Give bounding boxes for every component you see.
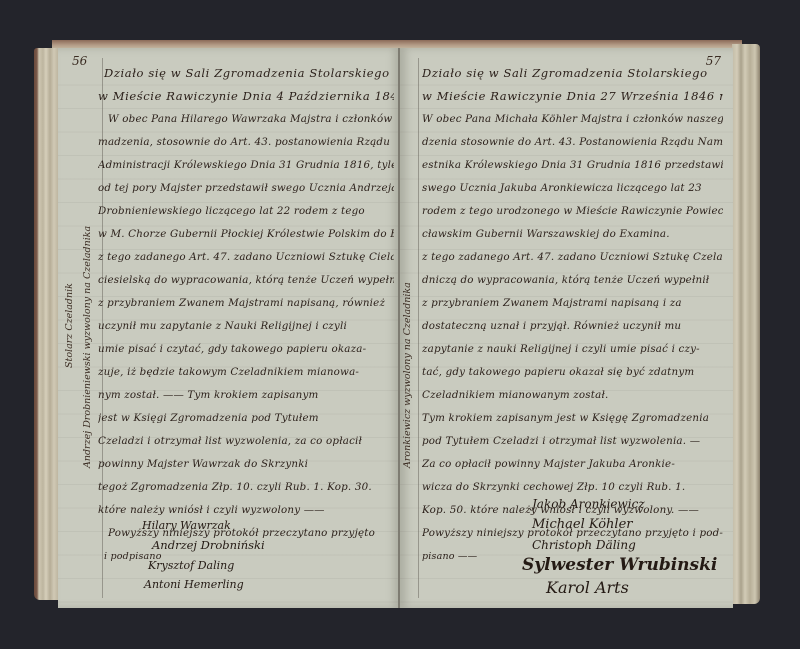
right-page-text: Działo się w Sali Zgromadzenia Stolarski… — [422, 62, 723, 568]
signature: Christoph Däling — [532, 539, 717, 551]
right-body-line: pod Tytułem Czeladzi i otrzymał list wyz… — [422, 430, 723, 453]
right-body-line: estnika Królewskiego Dnia 31 Grudnia 181… — [422, 154, 723, 177]
right-body-line: Tym krokiem zapisanym jest w Księgę Zgro… — [422, 407, 723, 430]
left-body-line: Czeladzi i otrzymał list wyzwolenia, za … — [98, 430, 394, 453]
signature: Karol Arts — [546, 580, 717, 596]
signature: Andrzej Drobniński — [152, 540, 265, 552]
left-page-block-edge — [34, 48, 60, 600]
right-signatures: Jakob Aronkiewicz Michael Köhler Christo… — [532, 498, 717, 596]
right-body-line: Za co opłacił powinny Majster Jakuba Aro… — [422, 453, 723, 476]
right-body-line: cławskim Gubernii Warszawskiej do Examin… — [422, 223, 723, 246]
left-margin-note: Andrzej Drobnieniewski wyzwolony na Czel… — [82, 226, 93, 468]
right-page-block-edge — [732, 44, 760, 604]
right-page: 57 Aronkiewicz wyzwolony na Czeladnika D… — [400, 48, 733, 608]
left-body-line: powinny Majster Wawrzak do Skrzynki — [98, 453, 394, 476]
left-body-line: madzenia, stosownie do Art. 43. postanow… — [98, 131, 394, 154]
left-page-text: Działo się w Sali Zgromadzenia Stolarski… — [98, 62, 394, 568]
right-body-line: z przybraniem Zwanem Majstrami napisaną … — [422, 292, 723, 315]
left-body-line: ciesielską do wypracowania, którą tenże … — [98, 269, 394, 292]
signature: Michael Köhler — [532, 518, 717, 531]
left-header-line: w Mieście Rawiczynie Dnia 4 Października… — [98, 85, 394, 108]
left-body-line: od tej pory Majster przedstawił swego Uc… — [98, 177, 394, 200]
signature: Hilary Wawrzak — [142, 520, 265, 531]
left-header-line: Działo się w Sali Zgromadzenia Stolarski… — [98, 62, 394, 85]
left-body-line: z tego zadanego Art. 47. zadano Uczniowi… — [98, 246, 394, 269]
right-body-line: swego Ucznia Jakuba Aronkiewicza liczące… — [422, 177, 723, 200]
left-body-line: Drobnieniewskiego liczącego lat 22 rodem… — [98, 200, 394, 223]
right-body-line: dzenia stosownie do Art. 43. Postanowien… — [422, 131, 723, 154]
right-body-line: W obec Pana Michała Köhler Majstra i czł… — [422, 108, 723, 131]
right-body-line: wicza do Skrzynki cechowej Złp. 10 czyli… — [422, 476, 723, 499]
left-body-line: w M. Chorze Gubernii Płockiej Królestwie… — [98, 223, 394, 246]
signature: Antoni Hemerling — [144, 579, 265, 590]
left-body-line: umie pisać i czytać, gdy takowego papier… — [98, 338, 394, 361]
left-body-line: W obec Pana Hilarego Wawrzaka Majstra i … — [98, 108, 394, 131]
right-body-line: dostateczną uznał i przyjął. Również ucz… — [422, 315, 723, 338]
right-header-line: w Mieście Rawiczynie Dnia 27 Września 18… — [422, 85, 723, 108]
left-body-line: uczynił mu zapytanie z Nauki Religijnej … — [98, 315, 394, 338]
right-body-line: rodem z tego urodzonego w Mieście Rawicz… — [422, 200, 723, 223]
right-body-line: zapytanie z nauki Religijnej i czyli umi… — [422, 338, 723, 361]
left-body-line: tegoż Zgromadzenia Złp. 10. czyli Rub. 1… — [98, 476, 394, 499]
left-page: 56 Stolarz Czeladnik Andrzej Drobnieniew… — [58, 48, 400, 608]
right-body-line: tać, gdy takowego papieru okazał się być… — [422, 361, 723, 384]
left-body-line: jest w Księgi Zgromadzenia pod Tytułem — [98, 407, 394, 430]
left-page-number: 56 — [72, 54, 87, 68]
left-body-line: nym został. —— Tym krokiem zapisanym — [98, 384, 394, 407]
left-body-line: zuje, iż będzie takowym Czeladnikiem mia… — [98, 361, 394, 384]
right-body-line: z tego zadanego Art. 47. zadano Uczniowi… — [422, 246, 723, 269]
right-margin-note: Aronkiewicz wyzwolony na Czeladnika — [402, 282, 413, 468]
right-header-line: Działo się w Sali Zgromadzenia Stolarski… — [422, 62, 723, 85]
signature: Krysztof Daling — [148, 560, 265, 571]
left-signatures: Hilary Wawrzak Andrzej Drobniński Kryszt… — [142, 520, 265, 590]
right-body-line: Czeladnikiem mianowanym został. — [422, 384, 723, 407]
left-outer-margin-note: Stolarz Czeladnik — [64, 283, 75, 368]
left-body-line: z przybraniem Zwanem Majstrami napisaną,… — [98, 292, 394, 315]
signature: Jakob Aronkiewicz — [532, 498, 717, 510]
right-body-line: dniczą do wypracowania, którą tenże Ucze… — [422, 269, 723, 292]
signature: Sylwester Wrubinski — [522, 557, 717, 574]
open-register-book: 56 Stolarz Czeladnik Andrzej Drobnieniew… — [34, 40, 760, 608]
left-body-line: Administracji Królewskiego Dnia 31 Grudn… — [98, 154, 394, 177]
right-page-margin-rule — [418, 58, 419, 598]
